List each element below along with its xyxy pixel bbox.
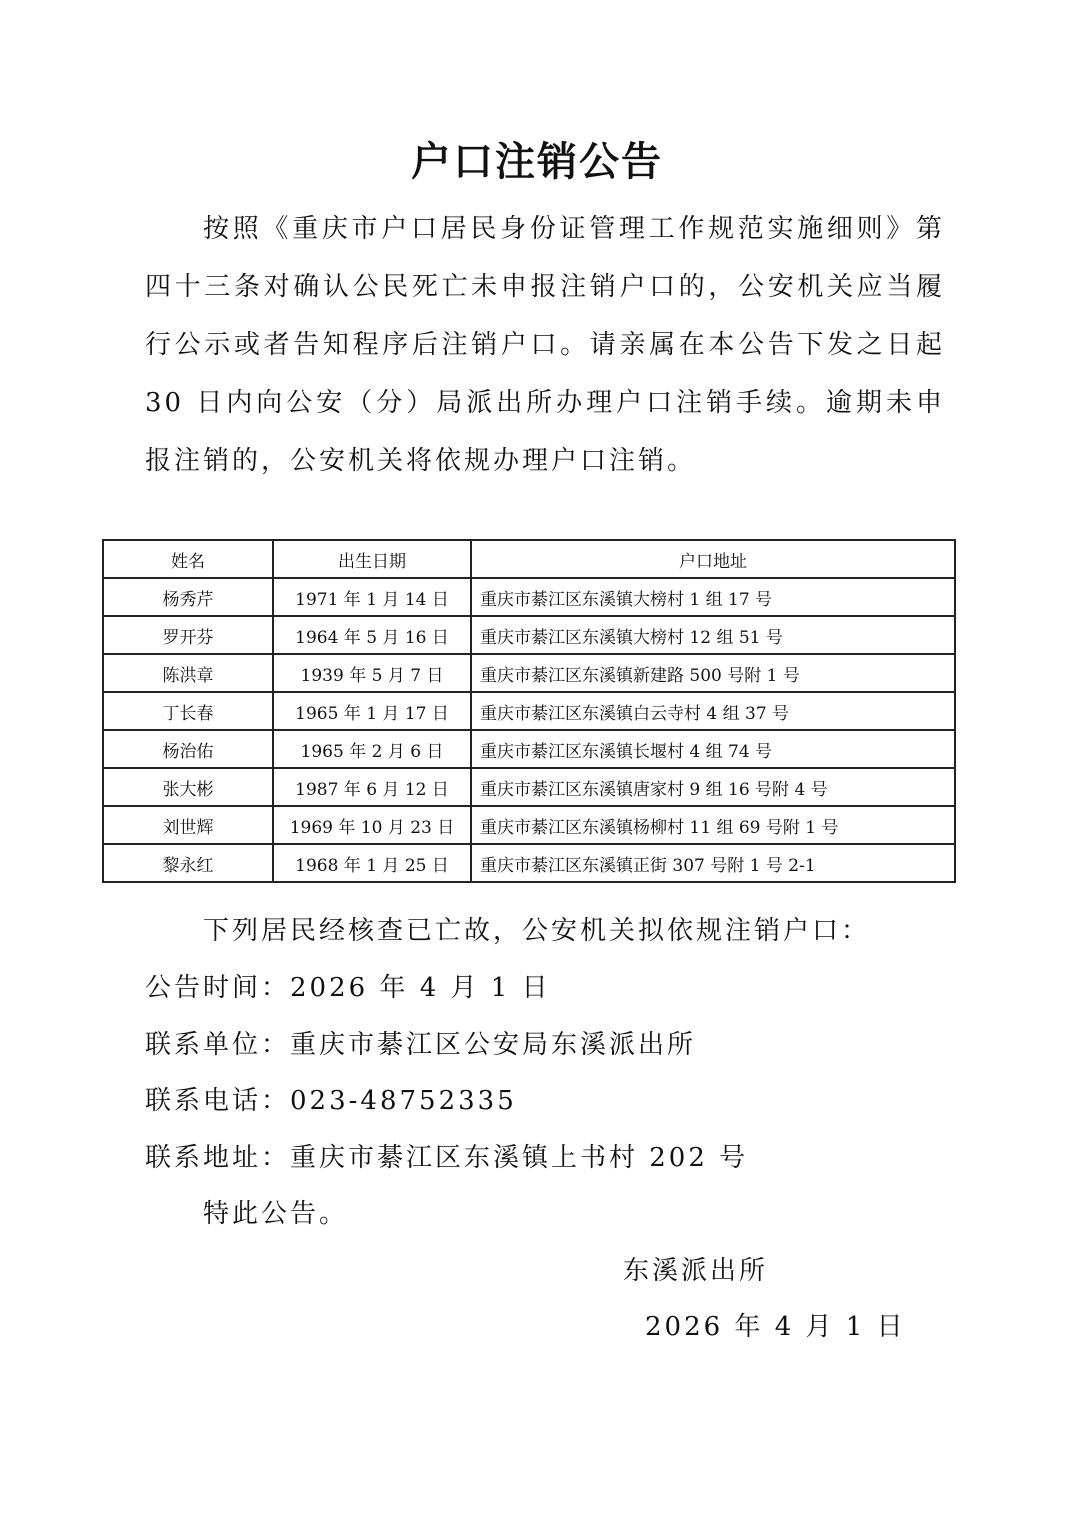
contact-phone: 联系电话：023-48752335 [145,1080,517,1117]
deceased-note: 下列居民经核查已亡故，公安机关拟依规注销户口： [203,910,870,947]
header-dob: 出生日期 [273,540,471,578]
contact-address: 联系地址：重庆市綦江区东溪镇上书村 202 号 [145,1137,748,1174]
table-row: 刘世辉 1969 年 10 月 23 日 重庆市綦江区东溪镇杨柳村 11 组 6… [103,806,955,844]
closing-statement: 特此公告。 [203,1193,348,1230]
cell-name: 杨秀芹 [103,578,273,616]
signature-date: 2026 年 4 月 1 日 [645,1306,906,1343]
cell-address: 重庆市綦江区东溪镇杨柳村 11 组 69 号附 1 号 [471,806,955,844]
cell-name: 张大彬 [103,768,273,806]
table-row: 张大彬 1987 年 6 月 12 日 重庆市綦江区东溪镇唐家村 9 组 16 … [103,768,955,806]
header-name: 姓名 [103,540,273,578]
cell-name: 陈洪章 [103,654,273,692]
cell-dob: 1964 年 5 月 16 日 [273,616,471,654]
contact-unit: 联系单位：重庆市綦江区公安局东溪派出所 [145,1024,696,1061]
announce-date: 公告时间：2026 年 4 月 1 日 [145,967,551,1004]
table-row: 陈洪章 1939 年 5 月 7 日 重庆市綦江区东溪镇新建路 500 号附 1… [103,654,955,692]
document-title: 户口注销公告 [0,130,1074,187]
cell-dob: 1965 年 1 月 17 日 [273,692,471,730]
table-row: 杨治佑 1965 年 2 月 6 日 重庆市綦江区东溪镇长堰村 4 组 74 号 [103,730,955,768]
header-address: 户口地址 [471,540,955,578]
cell-dob: 1971 年 1 月 14 日 [273,578,471,616]
table-row: 丁长春 1965 年 1 月 17 日 重庆市綦江区东溪镇白云寺村 4 组 37… [103,692,955,730]
cell-name: 黎永红 [103,844,273,882]
cell-address: 重庆市綦江区东溪镇正街 307 号附 1 号 2-1 [471,844,955,882]
cell-address: 重庆市綦江区东溪镇大榜村 12 组 51 号 [471,616,955,654]
cell-dob: 1968 年 1 月 25 日 [273,844,471,882]
cell-dob: 1939 年 5 月 7 日 [273,654,471,692]
signature-issuer: 东溪派出所 [623,1250,768,1287]
cell-name: 刘世辉 [103,806,273,844]
cell-address: 重庆市綦江区东溪镇新建路 500 号附 1 号 [471,654,955,692]
table-row: 黎永红 1968 年 1 月 25 日 重庆市綦江区东溪镇正街 307 号附 1… [103,844,955,882]
cell-dob: 1969 年 10 月 23 日 [273,806,471,844]
cell-dob: 1987 年 6 月 12 日 [273,768,471,806]
intro-paragraph: 按照《重庆市户口居民身份证管理工作规范实施细则》第四十三条对确认公民死亡未申报注… [145,200,945,490]
cell-address: 重庆市綦江区东溪镇大榜村 1 组 17 号 [471,578,955,616]
table-row: 杨秀芹 1971 年 1 月 14 日 重庆市綦江区东溪镇大榜村 1 组 17 … [103,578,955,616]
table-row: 罗开芬 1964 年 5 月 16 日 重庆市綦江区东溪镇大榜村 12 组 51… [103,616,955,654]
cell-address: 重庆市綦江区东溪镇白云寺村 4 组 37 号 [471,692,955,730]
cell-address: 重庆市綦江区东溪镇唐家村 9 组 16 号附 4 号 [471,768,955,806]
table-header-row: 姓名 出生日期 户口地址 [103,540,955,578]
deceased-roster-table: 姓名 出生日期 户口地址 杨秀芹 1971 年 1 月 14 日 重庆市綦江区东… [102,539,956,883]
cell-address: 重庆市綦江区东溪镇长堰村 4 组 74 号 [471,730,955,768]
cell-name: 罗开芬 [103,616,273,654]
cell-name: 杨治佑 [103,730,273,768]
cell-dob: 1965 年 2 月 6 日 [273,730,471,768]
cell-name: 丁长春 [103,692,273,730]
